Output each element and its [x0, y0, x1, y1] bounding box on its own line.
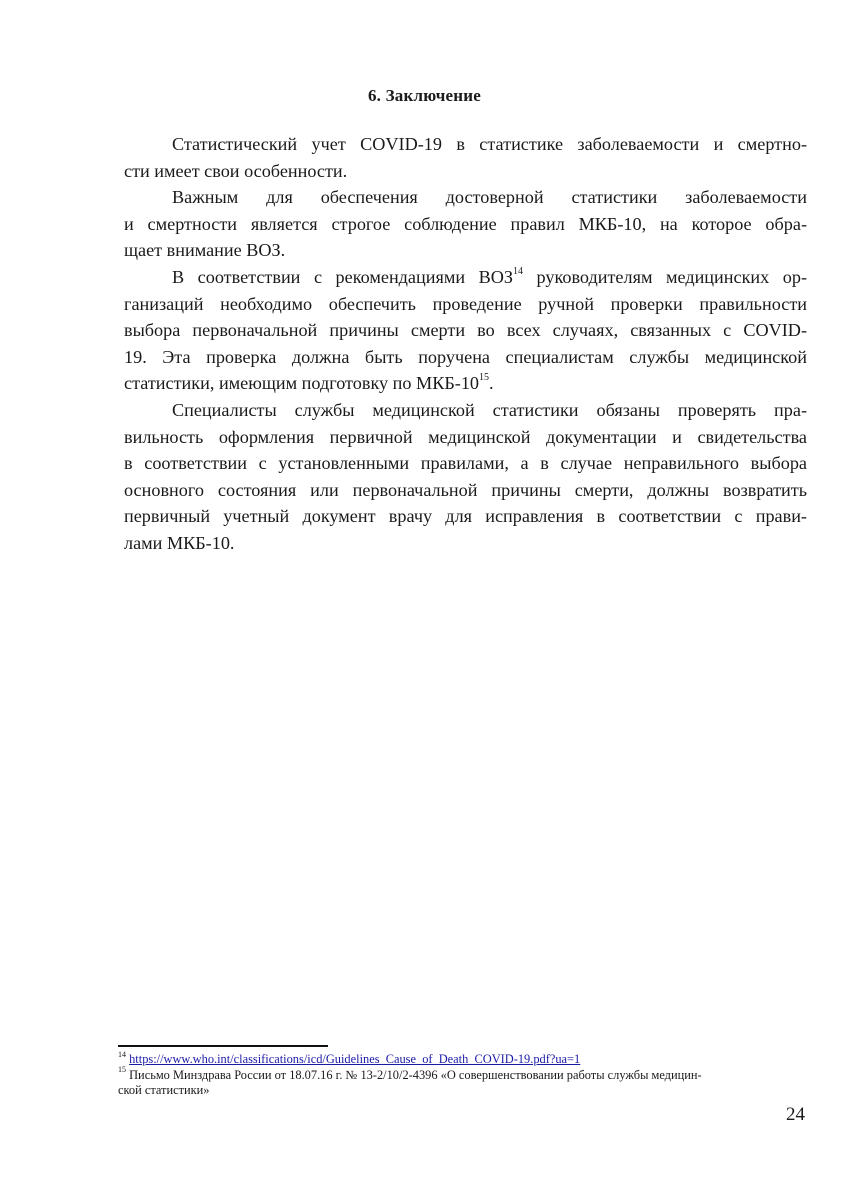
text-fragment: статистики, имеющим подготовку по МКБ-10 — [124, 373, 479, 393]
text-line: 19. Эта проверка должна быть поручена сп… — [124, 344, 807, 371]
text-line: и смертности является строгое соблюдение… — [124, 211, 807, 238]
text-line: Статистический учет COVID-19 в статистик… — [124, 131, 807, 158]
text-line: В соответствии с рекомендациями ВОЗ14 ру… — [124, 264, 807, 291]
text-line: лами МКБ-10. — [124, 530, 807, 557]
footnotes: 14 https://www.who.int/classifications/i… — [118, 1052, 808, 1099]
footnote-line: ской статистики» — [118, 1083, 808, 1099]
footnote-separator — [118, 1045, 328, 1047]
section-heading: 6. Заключение — [0, 86, 849, 106]
text-fragment: . — [489, 373, 494, 393]
text-line: Специалисты службы медицинской статистик… — [124, 397, 807, 424]
text-line: в соответствии с установленными правилам… — [124, 450, 807, 477]
footnote-line: 15 Письмо Минздрава России от 18.07.16 г… — [118, 1068, 808, 1084]
text-line: основного состояния или первоначальной п… — [124, 477, 807, 504]
paragraph-2: Важным для обеспечения достоверной стати… — [124, 184, 807, 264]
footnote-number: 15 — [118, 1065, 126, 1074]
footnote-number: 14 — [118, 1050, 126, 1059]
text-fragment: В соответствии с рекомендациями ВОЗ — [172, 267, 513, 287]
body-text: Статистический учет COVID-19 в статистик… — [124, 131, 807, 557]
text-line: ганизаций необходимо обеспечить проведен… — [124, 291, 807, 318]
footnote-link[interactable]: https://www.who.int/classifications/icd/… — [129, 1052, 580, 1066]
paragraph-3: В соответствии с рекомендациями ВОЗ14 ру… — [124, 264, 807, 397]
paragraph-4: Специалисты службы медицинской статистик… — [124, 397, 807, 557]
text-line: первичный учетный документ врачу для исп… — [124, 503, 807, 530]
text-line: сти имеет свои особенности. — [124, 158, 807, 185]
footnote-14: 14 https://www.who.int/classifications/i… — [118, 1052, 808, 1068]
text-fragment: руководителям медицинских ор- — [523, 267, 807, 287]
text-line: щает внимание ВОЗ. — [124, 237, 807, 264]
footnote-text: Письмо Минздрава России от 18.07.16 г. №… — [129, 1068, 702, 1082]
page-number: 24 — [786, 1104, 805, 1126]
text-line: вильность оформления первичной медицинск… — [124, 424, 807, 451]
footnote-ref-14[interactable]: 14 — [513, 266, 523, 277]
paragraph-1: Статистический учет COVID-19 в статистик… — [124, 131, 807, 184]
text-line: Важным для обеспечения достоверной стати… — [124, 184, 807, 211]
text-line: статистики, имеющим подготовку по МКБ-10… — [124, 370, 807, 397]
document-page: 6. Заключение Статистический учет COVID-… — [0, 0, 849, 1200]
text-line: выбора первоначальной причины смерти во … — [124, 317, 807, 344]
footnote-15: 15 Письмо Минздрава России от 18.07.16 г… — [118, 1068, 808, 1099]
footnote-ref-15[interactable]: 15 — [479, 372, 489, 383]
